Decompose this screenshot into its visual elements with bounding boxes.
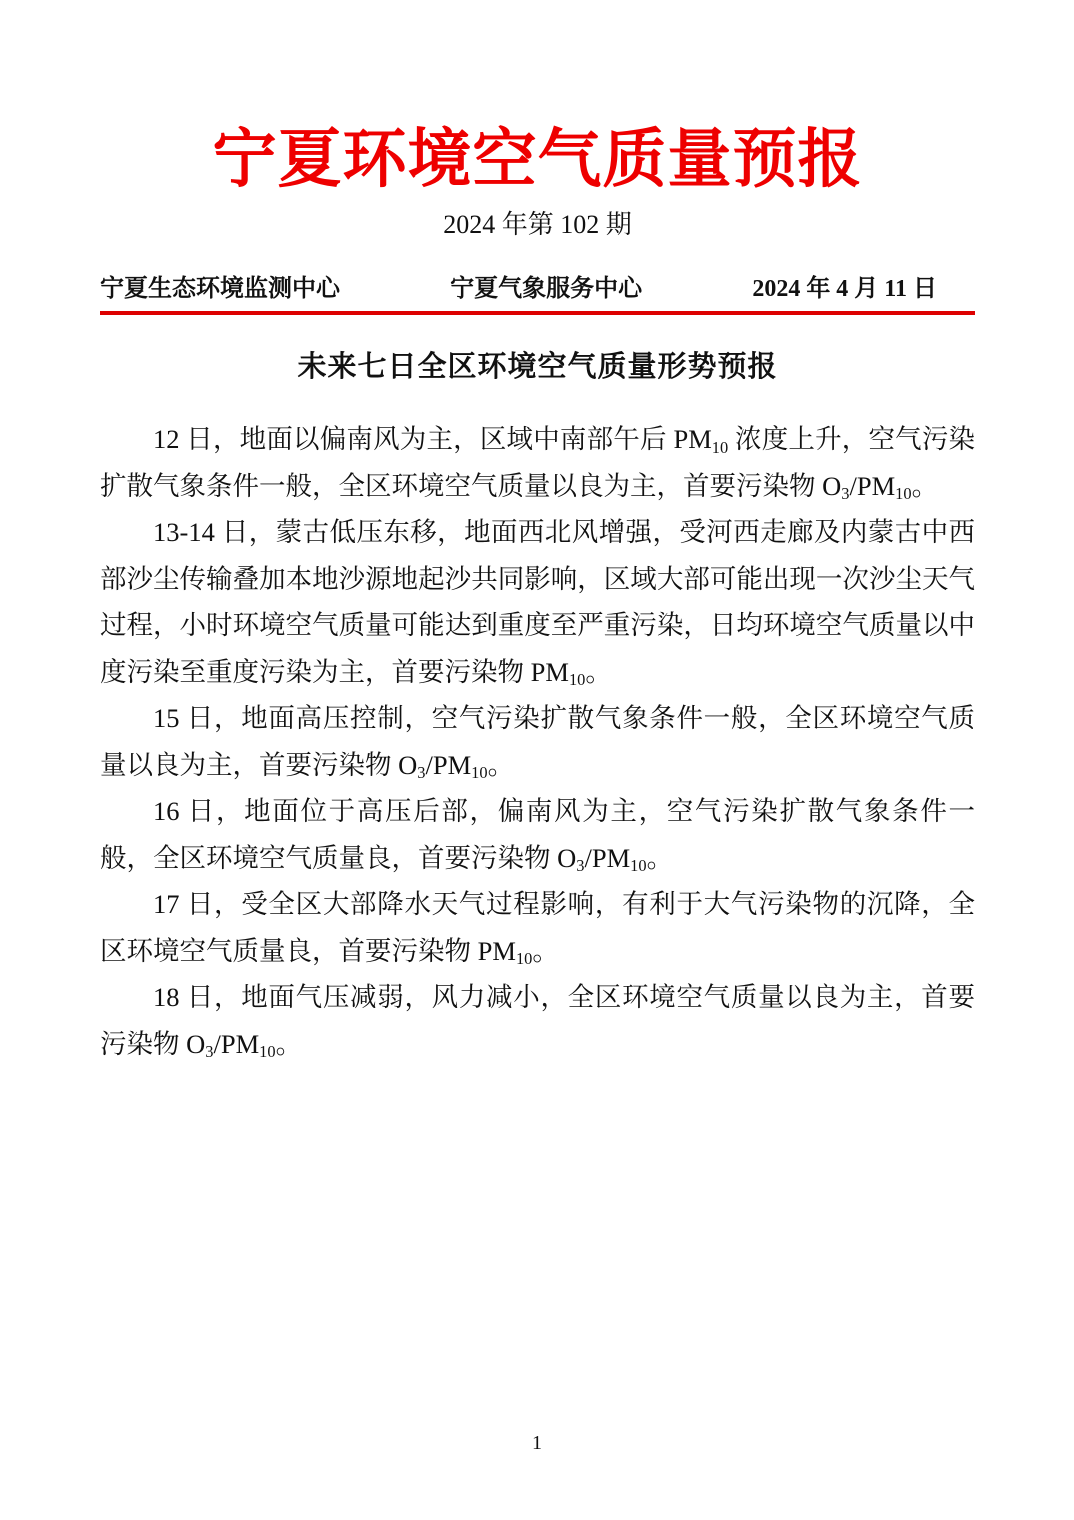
forecast-paragraph: 18 日，地面气压减弱，风力减小，全区环境空气质量以良为主，首要污染物 O3/P… — [100, 974, 975, 1067]
forecast-paragraph: 12 日，地面以偏南风为主，区域中南部午后 PM10 浓度上升，空气污染扩散气象… — [100, 416, 975, 509]
forecast-paragraph: 15 日，地面高压控制，空气污染扩散气象条件一般，全区环境空气质量以良为主，首要… — [100, 695, 975, 788]
section-heading: 未来七日全区环境空气质量形势预报 — [100, 348, 975, 386]
forecast-paragraph: 13-14 日，蒙古低压东移，地面西北风增强，受河西走廊及内蒙古中西部沙尘传输叠… — [100, 509, 975, 695]
forecast-paragraph: 17 日，受全区大部降水天气过程影响，有利于大气污染物的沉降，全区环境空气质量良… — [100, 881, 975, 974]
document-content: 宁夏环境空气质量预报 2024 年第 102 期 宁夏生态环境监测中心 宁夏气象… — [0, 0, 1074, 1067]
forecast-body: 12 日，地面以偏南风为主，区域中南部午后 PM10 浓度上升，空气污染扩散气象… — [100, 416, 975, 1067]
publisher-row: 宁夏生态环境监测中心 宁夏气象服务中心 2024 年 4 月 11 日 — [100, 274, 975, 304]
document-title: 宁夏环境空气质量预报 — [100, 0, 975, 202]
page-number: 1 — [0, 1430, 1074, 1456]
publish-date: 2024 年 4 月 11 日 — [752, 274, 937, 304]
publisher-weather-center: 宁夏气象服务中心 — [450, 274, 642, 304]
forecast-paragraph: 16 日，地面位于高压后部，偏南风为主，空气污染扩散气象条件一般，全区环境空气质… — [100, 788, 975, 881]
publisher-monitoring-center: 宁夏生态环境监测中心 — [100, 274, 340, 304]
issue-number: 2024 年第 102 期 — [100, 208, 975, 242]
red-divider-line — [100, 311, 975, 315]
document-page: 宁夏环境空气质量预报 2024 年第 102 期 宁夏生态环境监测中心 宁夏气象… — [0, 0, 1074, 1520]
